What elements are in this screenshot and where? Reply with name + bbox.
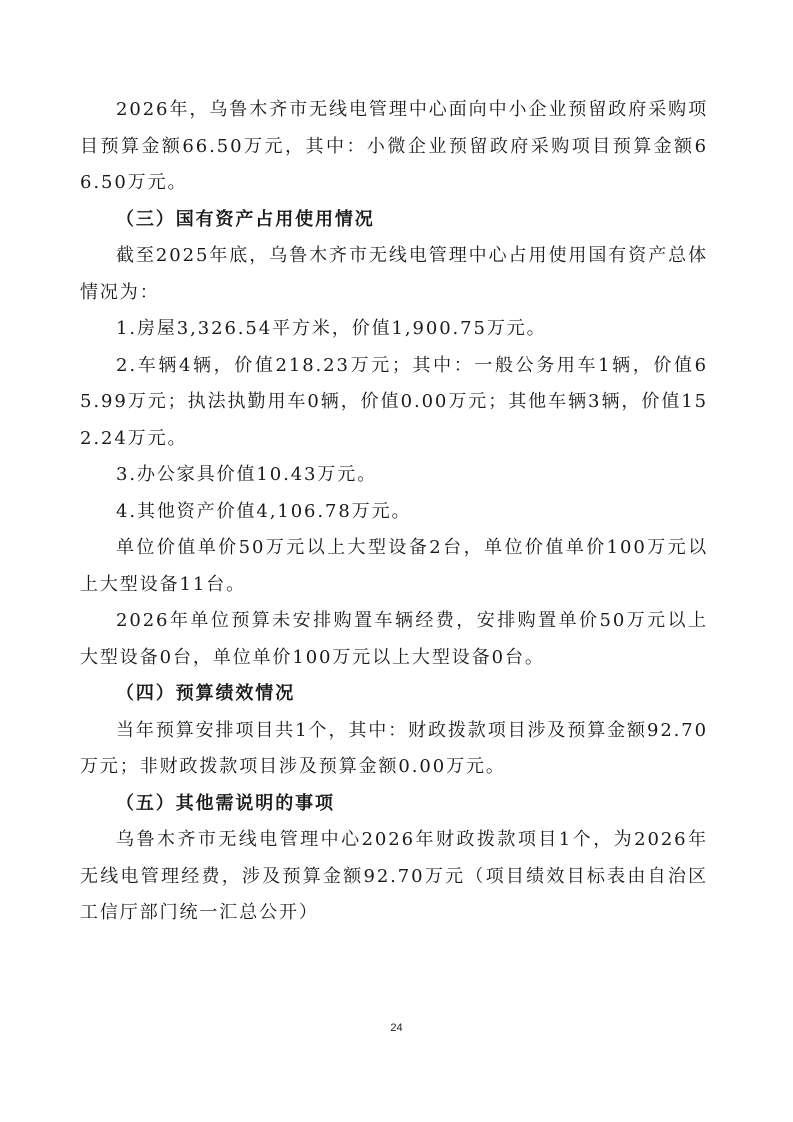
document-body: 2026年，乌鲁木齐市无线电管理中心面向中小企业预留政府采购项目预算金额66.5… xyxy=(80,92,708,932)
paragraph-large-equipment: 单位价值单价50万元以上大型设备2台，单位价值单价100万元以上大型设备11台。 xyxy=(80,530,708,603)
section-heading-state-assets: （三）国有资产占用使用情况 xyxy=(80,202,708,239)
paragraph-assets-furniture: 3.办公家具价值10.43万元。 xyxy=(80,457,708,494)
paragraph-assets-overview: 截至2025年底，乌鲁木齐市无线电管理中心占用使用国有资产总体情况为： xyxy=(80,238,708,311)
paragraph-assets-buildings: 1.房屋3,326.54平方米，价值1,900.75万元。 xyxy=(80,311,708,348)
section-heading-performance: （四）预算绩效情况 xyxy=(80,676,708,713)
paragraph-other-matters: 乌鲁木齐市无线电管理中心2026年财政拨款项目1个，为2026年无线电管理经费，… xyxy=(80,822,708,932)
paragraph-assets-vehicles: 2.车辆4辆，价值218.23万元；其中：一般公务用车1辆，价值65.99万元；… xyxy=(80,348,708,458)
paragraph-performance-projects: 当年预算安排项目共1个，其中：财政拨款项目涉及预算金额92.70万元；非财政拨款… xyxy=(80,713,708,786)
paragraph-assets-other: 4.其他资产价值4,106.78万元。 xyxy=(80,494,708,531)
page-number: 24 xyxy=(0,1022,793,1034)
section-heading-other-matters: （五）其他需说明的事项 xyxy=(80,786,708,823)
paragraph-sme-procurement: 2026年，乌鲁木齐市无线电管理中心面向中小企业预留政府采购项目预算金额66.5… xyxy=(80,92,708,202)
paragraph-purchase-plan: 2026年单位预算未安排购置车辆经费，安排购置单价50万元以上大型设备0台，单位… xyxy=(80,603,708,676)
